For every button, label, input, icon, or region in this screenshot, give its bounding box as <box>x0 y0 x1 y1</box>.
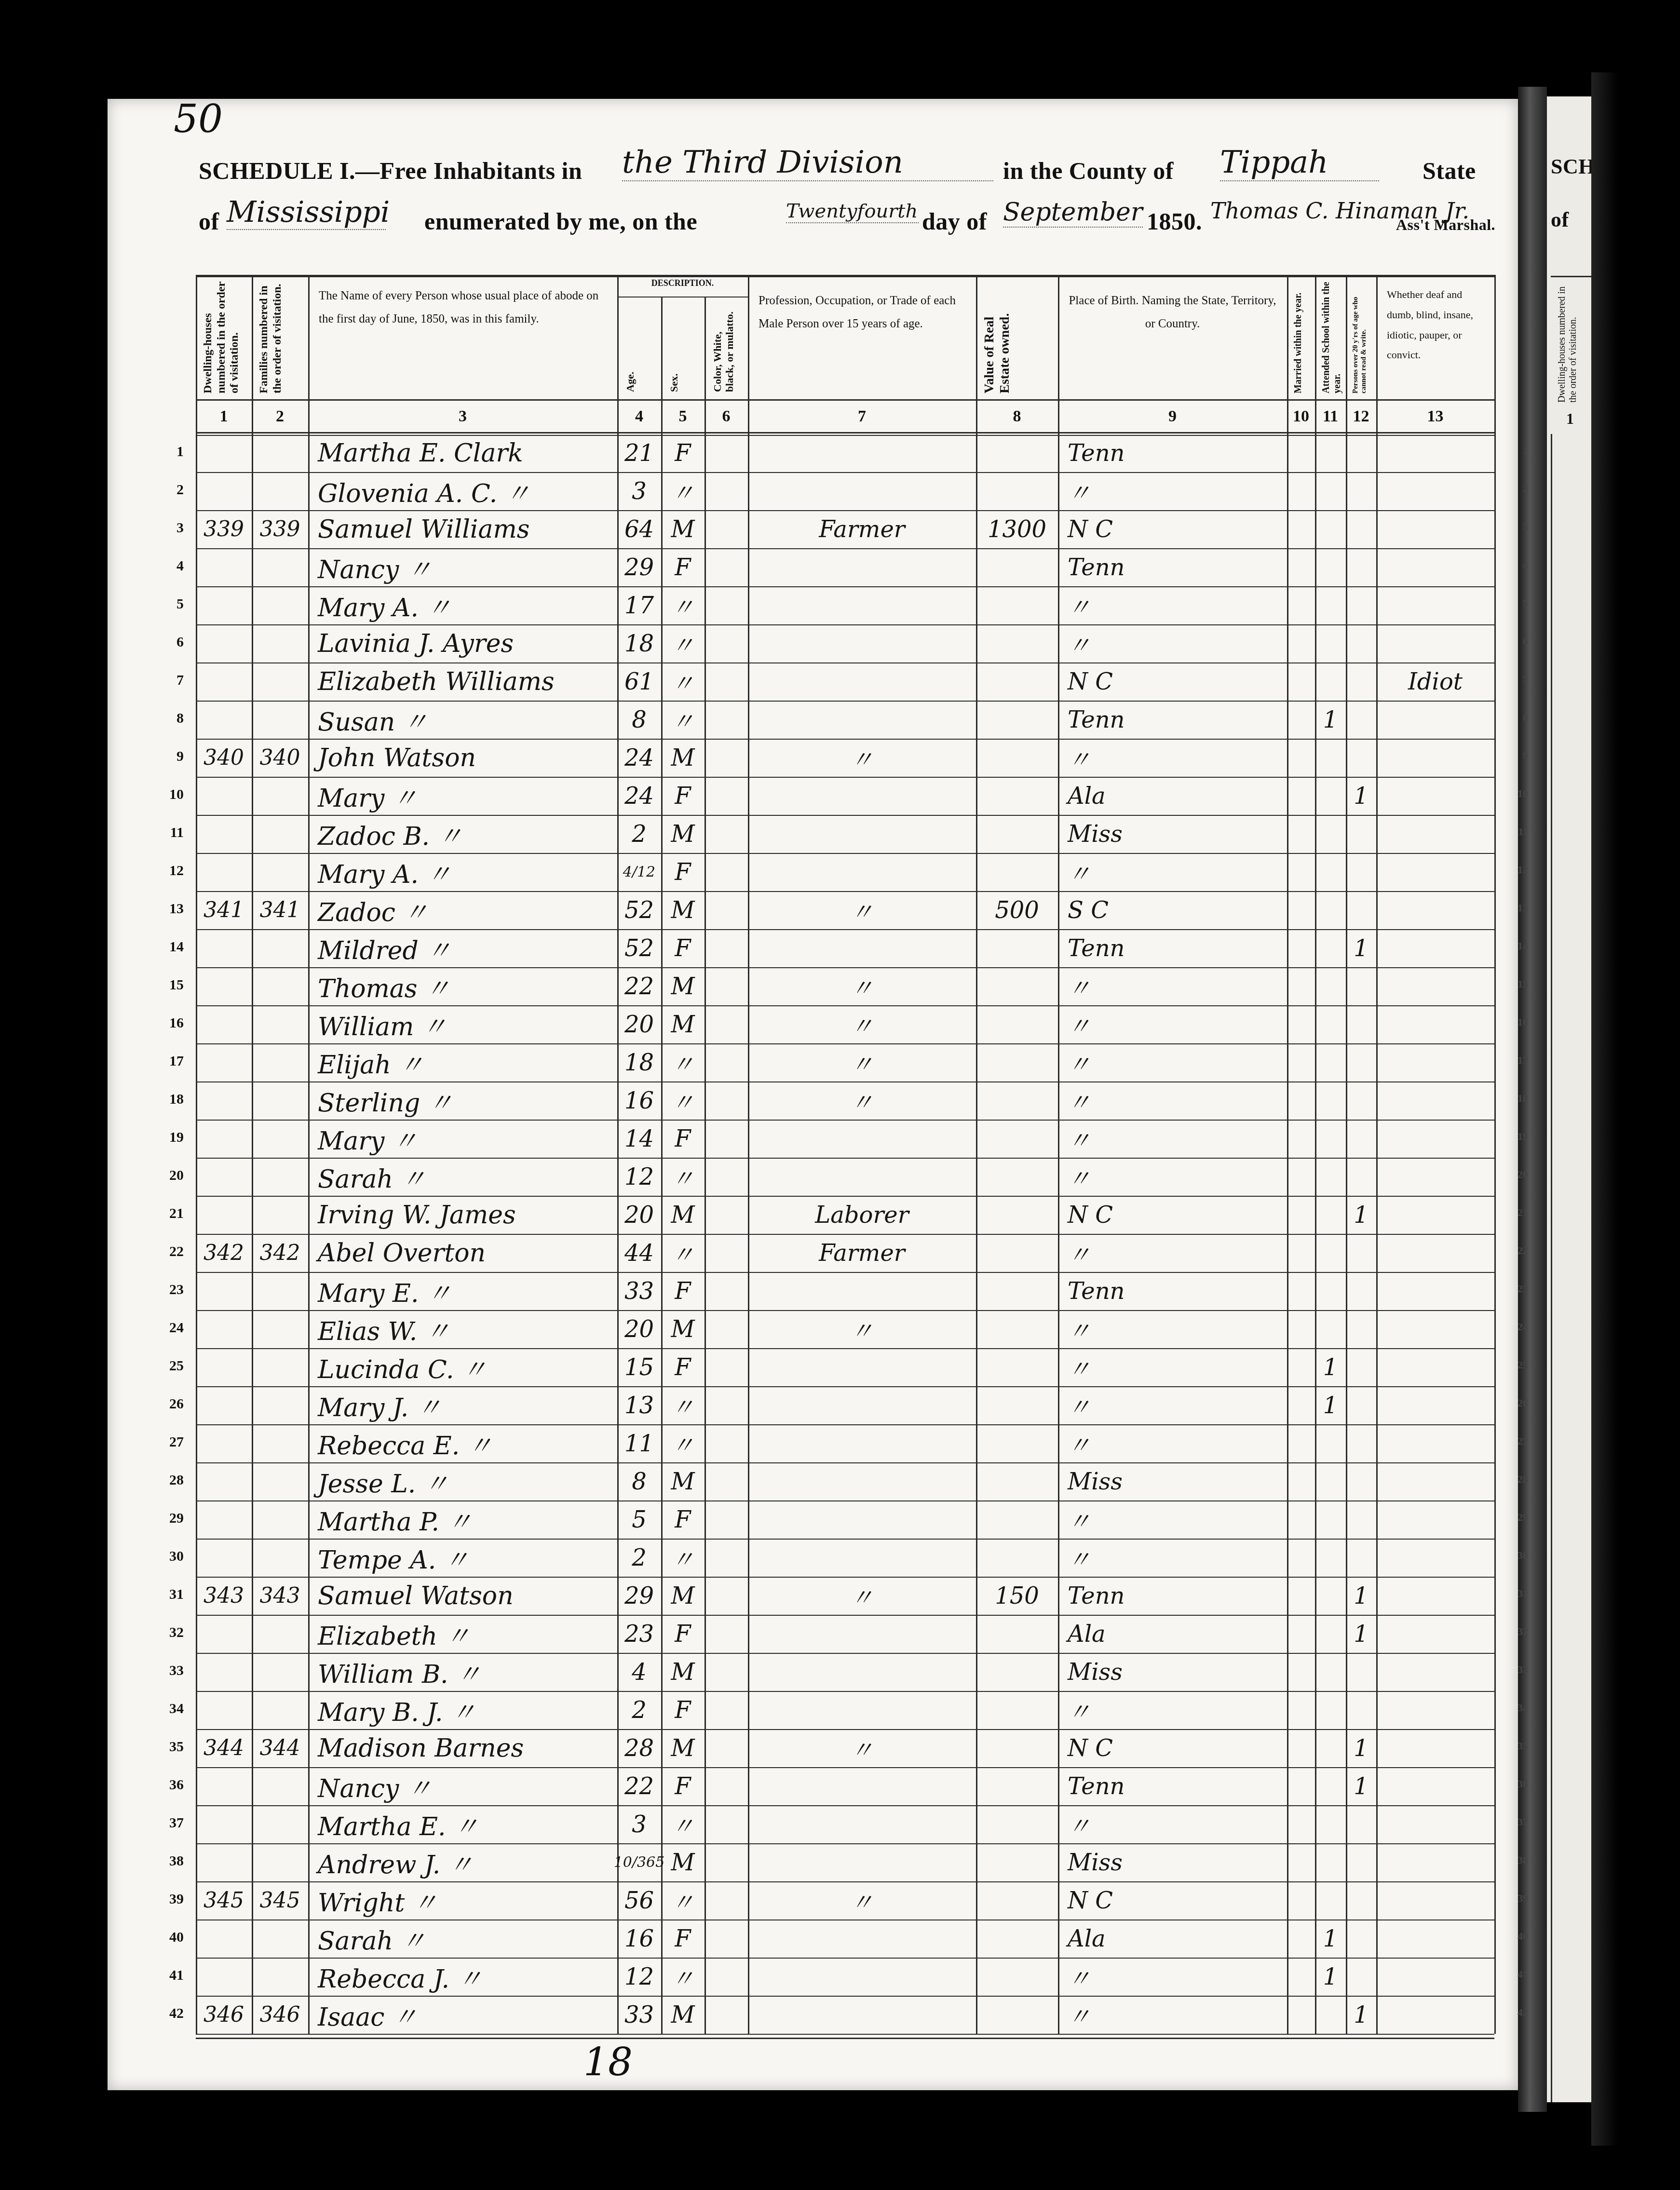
cell-family: 342 <box>252 1234 308 1272</box>
cell-age: 4/12 <box>617 853 661 891</box>
cell-real-estate <box>976 929 1058 967</box>
cell-family <box>252 1005 308 1043</box>
cell-dwelling <box>196 1272 252 1310</box>
cell-condition <box>1376 1501 1494 1539</box>
cell-sex: M <box>661 1577 705 1615</box>
cell-birthplace: 〃 <box>1058 1539 1287 1577</box>
cell-school <box>1315 739 1346 777</box>
cell-name: Elizabeth 〃 <box>308 1615 617 1653</box>
cell-birthplace: S C <box>1058 891 1287 929</box>
cell-condition <box>1376 1653 1494 1691</box>
line-number-right: 42 <box>1504 2006 1528 2019</box>
cell-dwelling <box>196 701 252 739</box>
cell-family <box>252 1501 308 1539</box>
cell-condition <box>1376 777 1494 815</box>
cell-school <box>1315 815 1346 853</box>
cell-dwelling <box>196 1462 252 1501</box>
cell-family <box>252 1843 308 1881</box>
cell-condition <box>1376 1958 1494 1996</box>
column-header-11: Attended School within the year. <box>1321 281 1340 393</box>
cell-real-estate <box>976 701 1058 739</box>
cell-sex: F <box>661 1615 705 1653</box>
cell-real-estate <box>976 1386 1058 1424</box>
line-number-right: 38 <box>1504 1854 1528 1866</box>
cell-real-estate <box>976 1881 1058 1920</box>
description-group-label: DESCRIPTION. <box>617 275 748 291</box>
cell-condition <box>1376 1158 1494 1196</box>
cell-sex: F <box>661 929 705 967</box>
cell-school <box>1315 1653 1346 1691</box>
cell-age: 3 <box>617 472 661 510</box>
cell-illiterate <box>1346 510 1376 548</box>
cell-name: Lavinia J. Ayres <box>308 624 617 662</box>
column-header-1: Dwelling-houses numbered in the order of… <box>202 281 246 393</box>
line-number: 26 <box>160 1396 184 1412</box>
cell-name: Mildred 〃 <box>308 929 617 967</box>
cell-married <box>1287 1081 1315 1120</box>
cell-school <box>1315 586 1346 624</box>
cell-occupation <box>748 1272 976 1310</box>
cell-condition <box>1376 1272 1494 1310</box>
cell-occupation <box>748 1158 976 1196</box>
cell-birthplace: Miss <box>1058 815 1287 853</box>
line-number-right: 40 <box>1504 1930 1528 1943</box>
cell-illiterate <box>1346 1501 1376 1539</box>
cell-age: 3 <box>617 1805 661 1843</box>
cell-married <box>1287 1996 1315 2034</box>
line-number: 8 <box>160 710 184 727</box>
column-number-13: 13 <box>1376 399 1494 434</box>
cell-real-estate <box>976 1120 1058 1158</box>
row-rule <box>196 2034 1494 2035</box>
cell-occupation: 〃 <box>748 1081 976 1120</box>
line-number: 9 <box>160 748 184 765</box>
cell-illiterate <box>1346 1424 1376 1462</box>
cell-real-estate <box>976 586 1058 624</box>
cell-dwelling <box>196 967 252 1005</box>
cell-family <box>252 624 308 662</box>
cell-school <box>1315 1196 1346 1234</box>
cell-married <box>1287 624 1315 662</box>
cell-married <box>1287 1158 1315 1196</box>
cell-birthplace: 〃 <box>1058 1958 1287 1996</box>
cell-family: 339 <box>252 510 308 548</box>
cell-occupation <box>748 1615 976 1653</box>
cell-dwelling <box>196 1691 252 1729</box>
cell-name: Isaac 〃 <box>308 1996 617 2034</box>
cell-real-estate <box>976 1539 1058 1577</box>
line-number-right: 16 <box>1504 1016 1528 1028</box>
cell-name: Samuel Watson <box>308 1577 617 1615</box>
cell-occupation <box>748 777 976 815</box>
cell-occupation <box>748 624 976 662</box>
line-number-right: 1 <box>1504 445 1528 457</box>
cell-sex: 〃 <box>661 1234 705 1272</box>
cell-illiterate: 1 <box>1346 1577 1376 1615</box>
line-number: 11 <box>160 825 184 841</box>
cell-real-estate <box>976 1005 1058 1043</box>
cell-sex: F <box>661 853 705 891</box>
cell-married <box>1287 1386 1315 1424</box>
cell-illiterate <box>1346 662 1376 701</box>
cell-dwelling <box>196 1843 252 1881</box>
cell-sex: 〃 <box>661 1081 705 1120</box>
cell-real-estate <box>976 434 1058 472</box>
cell-sex: F <box>661 1501 705 1539</box>
cell-illiterate: 1 <box>1346 1729 1376 1767</box>
cell-real-estate <box>976 1272 1058 1310</box>
line-number-right: 9 <box>1504 749 1528 762</box>
cell-real-estate <box>976 1310 1058 1348</box>
cell-birthplace: 〃 <box>1058 1005 1287 1043</box>
cell-name: Madison Barnes <box>308 1729 617 1767</box>
cell-occupation <box>748 1348 976 1386</box>
cell-illiterate <box>1346 1158 1376 1196</box>
cell-family <box>252 777 308 815</box>
cell-occupation <box>748 701 976 739</box>
cell-married <box>1287 510 1315 548</box>
cell-sex: 〃 <box>661 701 705 739</box>
cell-age: 22 <box>617 1767 661 1805</box>
cell-school <box>1315 1615 1346 1653</box>
cell-sex: M <box>661 1843 705 1881</box>
cell-real-estate <box>976 1767 1058 1805</box>
line-number-right: 35 <box>1504 1740 1528 1752</box>
line-number: 22 <box>160 1244 184 1260</box>
cell-age: 24 <box>617 777 661 815</box>
cell-family <box>252 1120 308 1158</box>
line-number: 21 <box>160 1205 184 1222</box>
cell-family <box>252 472 308 510</box>
cell-age: 13 <box>617 1386 661 1424</box>
cell-family: 340 <box>252 739 308 777</box>
cell-age: 24 <box>617 739 661 777</box>
column-header-9: Place of Birth. Naming the State, Territ… <box>1068 289 1277 335</box>
cell-sex: F <box>661 1691 705 1729</box>
cell-occupation <box>748 1653 976 1691</box>
cell-birthplace: 〃 <box>1058 1081 1287 1120</box>
cell-school <box>1315 510 1346 548</box>
cell-school: 1 <box>1315 1386 1346 1424</box>
cell-occupation <box>748 1805 976 1843</box>
cell-name: Nancy 〃 <box>308 1767 617 1805</box>
census-table: Dwelling-houses numbered in the order of… <box>196 275 1494 2043</box>
cell-birthplace: 〃 <box>1058 1501 1287 1539</box>
cell-birthplace: Ala <box>1058 1615 1287 1653</box>
cell-birthplace: N C <box>1058 510 1287 548</box>
cell-birthplace: Tenn <box>1058 701 1287 739</box>
cell-name: Mary A. 〃 <box>308 586 617 624</box>
cell-condition <box>1376 967 1494 1005</box>
cell-name: Elias W. 〃 <box>308 1310 617 1348</box>
cell-dwelling: 346 <box>196 1996 252 2034</box>
cell-age: 10/365 <box>617 1843 661 1881</box>
cell-dwelling <box>196 1805 252 1843</box>
line-number-right: 8 <box>1504 711 1528 724</box>
cell-age: 14 <box>617 1120 661 1158</box>
column-header-12: Persons over 20 y'rs of age who cannot r… <box>1352 281 1370 393</box>
line-number-right: 2 <box>1504 483 1528 495</box>
cell-birthplace: Ala <box>1058 777 1287 815</box>
cell-real-estate <box>976 1234 1058 1272</box>
cell-sex: F <box>661 1120 705 1158</box>
cell-name: Irving W. James <box>308 1196 617 1234</box>
cell-dwelling <box>196 662 252 701</box>
cell-illiterate <box>1346 548 1376 586</box>
cell-illiterate <box>1346 815 1376 853</box>
cell-condition <box>1376 1462 1494 1501</box>
cell-name: William 〃 <box>308 1005 617 1043</box>
cell-birthplace: 〃 <box>1058 1424 1287 1462</box>
cell-sex: 〃 <box>661 472 705 510</box>
cell-sex: 〃 <box>661 586 705 624</box>
cell-married <box>1287 472 1315 510</box>
line-number: 24 <box>160 1320 184 1336</box>
cell-birthplace: Miss <box>1058 1843 1287 1881</box>
cell-age: 16 <box>617 1081 661 1120</box>
line-number-right: 10 <box>1504 787 1528 800</box>
cell-married <box>1287 1920 1315 1958</box>
cell-illiterate <box>1346 434 1376 472</box>
cell-real-estate <box>976 1920 1058 1958</box>
line-number-right: 28 <box>1504 1473 1528 1486</box>
cell-real-estate: 500 <box>976 891 1058 929</box>
cell-dwelling <box>196 434 252 472</box>
cell-sex: M <box>661 891 705 929</box>
line-number: 7 <box>160 672 184 689</box>
cell-age: 44 <box>617 1234 661 1272</box>
cell-illiterate <box>1346 1843 1376 1881</box>
cell-family <box>252 662 308 701</box>
cell-birthplace: Tenn <box>1058 548 1287 586</box>
cell-sex: 〃 <box>661 1805 705 1843</box>
cell-dwelling <box>196 1348 252 1386</box>
cell-married <box>1287 1234 1315 1272</box>
cell-name: Thomas 〃 <box>308 967 617 1005</box>
cell-real-estate <box>976 1043 1058 1081</box>
cell-illiterate: 1 <box>1346 1767 1376 1805</box>
cell-real-estate <box>976 1501 1058 1539</box>
cell-illiterate: 1 <box>1346 777 1376 815</box>
line-number-right: 11 <box>1504 825 1528 838</box>
cell-name: Mary J. 〃 <box>308 1386 617 1424</box>
line-number-right: 36 <box>1504 1778 1528 1790</box>
cell-occupation <box>748 1539 976 1577</box>
cell-birthplace: 〃 <box>1058 1691 1287 1729</box>
cell-real-estate <box>976 967 1058 1005</box>
cell-age: 33 <box>617 1996 661 2034</box>
table-top-rule <box>196 275 1494 277</box>
cell-family <box>252 1043 308 1081</box>
cell-name: Lucinda C. 〃 <box>308 1348 617 1386</box>
column-number-10: 10 <box>1287 399 1315 434</box>
cell-illiterate <box>1346 1539 1376 1577</box>
cell-school: 1 <box>1315 701 1346 739</box>
cell-family <box>252 1539 308 1577</box>
folio-number: 50 <box>174 96 223 141</box>
cell-school <box>1315 1081 1346 1120</box>
cell-dwelling: 341 <box>196 891 252 929</box>
cell-occupation: 〃 <box>748 1043 976 1081</box>
cell-condition <box>1376 1805 1494 1843</box>
cell-name: Susan 〃 <box>308 701 617 739</box>
cell-family <box>252 815 308 853</box>
cell-married <box>1287 1805 1315 1843</box>
cell-age: 17 <box>617 586 661 624</box>
day-field: Twentyfourth <box>786 200 919 223</box>
cell-dwelling <box>196 1043 252 1081</box>
cell-real-estate <box>976 853 1058 891</box>
cell-family <box>252 1615 308 1653</box>
cell-illiterate <box>1346 1081 1376 1120</box>
cell-sex: M <box>661 739 705 777</box>
cell-birthplace: N C <box>1058 1729 1287 1767</box>
line-number: 14 <box>160 939 184 955</box>
line-number-right: 20 <box>1504 1168 1528 1181</box>
cell-family <box>252 1424 308 1462</box>
line-number: 18 <box>160 1091 184 1108</box>
enumerated-label: enumerated by me, on the <box>424 207 697 235</box>
cell-real-estate <box>976 1843 1058 1881</box>
cell-dwelling: 339 <box>196 510 252 548</box>
cell-married <box>1287 777 1315 815</box>
cell-sex: 〃 <box>661 662 705 701</box>
cell-birthplace: 〃 <box>1058 1805 1287 1843</box>
cell-name: Wright 〃 <box>308 1881 617 1920</box>
cell-illiterate <box>1346 624 1376 662</box>
line-number: 30 <box>160 1548 184 1565</box>
cell-sex: 〃 <box>661 1424 705 1462</box>
cell-condition <box>1376 1539 1494 1577</box>
cell-occupation: 〃 <box>748 891 976 929</box>
cell-married <box>1287 1653 1315 1691</box>
cell-birthplace: 〃 <box>1058 1348 1287 1386</box>
cell-name: Mary A. 〃 <box>308 853 617 891</box>
line-number-right: 25 <box>1504 1359 1528 1371</box>
cell-school: 1 <box>1315 1958 1346 1996</box>
cell-name: Sarah 〃 <box>308 1920 617 1958</box>
cell-occupation <box>748 853 976 891</box>
cell-birthplace: N C <box>1058 662 1287 701</box>
cell-illiterate <box>1346 1348 1376 1386</box>
cell-occupation: 〃 <box>748 1310 976 1348</box>
cell-dwelling: 342 <box>196 1234 252 1272</box>
cell-sex: 〃 <box>661 1958 705 1996</box>
cell-family <box>252 434 308 472</box>
cell-sex: F <box>661 1272 705 1310</box>
cell-occupation <box>748 1501 976 1539</box>
cell-birthplace: 〃 <box>1058 1234 1287 1272</box>
line-number: 40 <box>160 1929 184 1946</box>
cell-married <box>1287 891 1315 929</box>
cell-sex: M <box>661 1196 705 1234</box>
cell-school <box>1315 1043 1346 1081</box>
line-number-right: 26 <box>1504 1397 1528 1409</box>
cell-occupation <box>748 1424 976 1462</box>
footer-tally: 18 <box>583 2040 633 2084</box>
cell-illiterate <box>1346 1272 1376 1310</box>
cell-occupation: 〃 <box>748 1881 976 1920</box>
line-number: 42 <box>160 2005 184 2022</box>
cell-dwelling <box>196 472 252 510</box>
cell-condition <box>1376 510 1494 548</box>
cell-school <box>1315 891 1346 929</box>
cell-age: 22 <box>617 967 661 1005</box>
cell-illiterate <box>1346 967 1376 1005</box>
cell-condition <box>1376 1881 1494 1920</box>
line-number: 34 <box>160 1701 184 1717</box>
cell-family <box>252 1348 308 1386</box>
cell-condition <box>1376 929 1494 967</box>
page-shadow <box>1591 72 1680 2146</box>
cell-school <box>1315 1539 1346 1577</box>
column-number-5: 5 <box>661 399 705 434</box>
cell-age: 52 <box>617 891 661 929</box>
line-number-right: 22 <box>1504 1244 1528 1257</box>
cell-age: 15 <box>617 1348 661 1386</box>
cell-illiterate: 1 <box>1346 1615 1376 1653</box>
cell-age: 56 <box>617 1881 661 1920</box>
cell-condition <box>1376 548 1494 586</box>
cell-school <box>1315 1767 1346 1805</box>
cell-dwelling <box>196 1120 252 1158</box>
line-number: 20 <box>160 1167 184 1184</box>
column-number-11: 11 <box>1315 399 1346 434</box>
line-number: 29 <box>160 1510 184 1527</box>
cell-condition <box>1376 1729 1494 1767</box>
cell-age: 52 <box>617 929 661 967</box>
cell-age: 28 <box>617 1729 661 1767</box>
day-of-label: day of <box>922 207 987 235</box>
column-number-9: 9 <box>1058 399 1287 434</box>
cell-dwelling: 343 <box>196 1577 252 1615</box>
cell-dwelling: 340 <box>196 739 252 777</box>
cell-family <box>252 1920 308 1958</box>
cell-name: Mary E. 〃 <box>308 1272 617 1310</box>
cell-illiterate <box>1346 1691 1376 1729</box>
cell-birthplace: 〃 <box>1058 1996 1287 2034</box>
line-number: 32 <box>160 1624 184 1641</box>
line-number: 39 <box>160 1891 184 1907</box>
cell-real-estate <box>976 777 1058 815</box>
cell-dwelling <box>196 1005 252 1043</box>
cell-school <box>1315 1577 1346 1615</box>
cell-real-estate <box>976 1958 1058 1996</box>
cell-age: 4 <box>617 1653 661 1691</box>
line-number-right: 13 <box>1504 902 1528 914</box>
cell-sex: 〃 <box>661 1386 705 1424</box>
cell-illiterate <box>1346 1462 1376 1501</box>
cell-school <box>1315 1881 1346 1920</box>
cell-real-estate <box>976 1996 1058 2034</box>
cell-illiterate <box>1346 1234 1376 1272</box>
cell-dwelling <box>196 1158 252 1196</box>
line-number: 41 <box>160 1967 184 1984</box>
cell-dwelling <box>196 815 252 853</box>
cell-school <box>1315 1501 1346 1539</box>
cell-birthplace: Tenn <box>1058 1767 1287 1805</box>
cell-illiterate <box>1346 586 1376 624</box>
cell-family <box>252 1653 308 1691</box>
column-number-12: 12 <box>1346 399 1376 434</box>
cell-married <box>1287 1424 1315 1462</box>
cell-family <box>252 929 308 967</box>
cell-name: Abel Overton <box>308 1234 617 1272</box>
cell-condition <box>1376 1691 1494 1729</box>
cell-dwelling <box>196 1615 252 1653</box>
cell-dwelling <box>196 586 252 624</box>
cell-family: 341 <box>252 891 308 929</box>
